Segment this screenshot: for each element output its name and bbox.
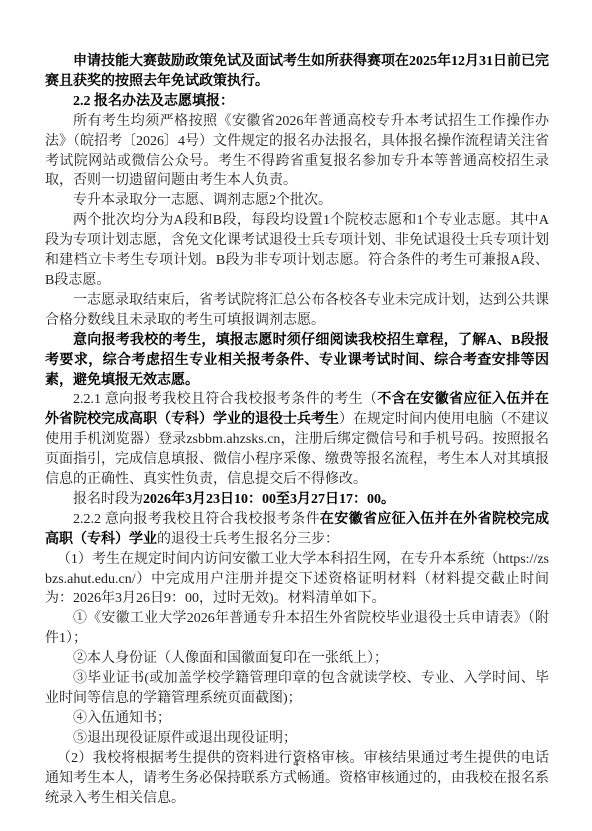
para-2-2-2-veteran-registration: 2.2.2 意向报考我校且符合我校报考条件在安徽省应征入伍并在外省院校完成高职（… [45, 510, 549, 550]
para-application-notice: 意向报考我校的考生，填报志愿时须仔细阅读我校招生章程，了解A、B段报考要求，综合… [45, 331, 549, 391]
list-item-1-application-form: ①《安徽工业大学2026年普通专升本招生外省院校毕业退役士兵申请表》（附件1）； [45, 609, 549, 649]
body-text: ④入伍通知书； [73, 711, 171, 726]
body-text: 2.2.1 意向报考我校且符合我校报考条件的考生（ [73, 392, 377, 407]
list-item-2-id-card: ②本人身份证（人像面和国徽面复印在一张纸上）； [45, 649, 549, 669]
para-2-2-1-online-registration: 2.2.1 意向报考我校且符合我校报考条件的考生（不含在安徽省应征入伍并在外省院… [45, 390, 549, 490]
para-batch-segments: 两个批次均分为A段和B段，每段均设置1个院校志愿和1个专业志愿。其中A段为专项计… [45, 211, 549, 291]
emphasis-text: 申请技能大赛鼓励政策免试及面试考生如所获得赛项在2025年12月31日前已完赛且… [45, 54, 549, 89]
body-text: 所有考生均须严格按照《安徽省2026年普通高校专升本考试招生工作操作办法》（皖招… [45, 114, 549, 189]
heading-section-2-2: 2.2 报名办法及志愿填报： [45, 92, 549, 112]
para-admission-batches: 专升本录取分一志愿、调剂志愿2个批次。 [45, 191, 549, 211]
document-content: 申请技能大赛鼓励政策免试及面试考生如所获得赛项在2025年12月31日前已完赛且… [45, 52, 549, 808]
body-text: ①《安徽工业大学2026年普通专升本招生外省院校毕业退役士兵申请表》（附件1）； [45, 611, 549, 646]
page-footer: 4 [0, 757, 592, 769]
body-text: ②本人身份证（人像面和国徽面复印在一张纸上）； [73, 651, 388, 666]
para-step-1: （1）考生在规定时间内访问安徽工业大学本科招生网，在专升本系统（https://… [45, 550, 549, 610]
body-text: ③毕业证书(或加盖学校学籍管理印章的包含就读学校、专业、入学时间、毕业时间等信息… [45, 671, 549, 706]
body-text: 报名时段为 [73, 492, 143, 507]
body-text: 两个批次均分为A段和B段，每段均设置1个院校志愿和1个专业志愿。其中A段为专项计… [45, 213, 549, 288]
list-item-5-discharge-certificate: ⑤退出现役证原件或退出现役证明； [45, 729, 549, 749]
body-text: 专升本录取分一志愿、调剂志愿2个批次。 [73, 193, 332, 208]
body-text: 的退役士兵考生报名分三步： [157, 532, 339, 547]
list-item-4-enlistment-notice: ④入伍通知书； [45, 709, 549, 729]
body-text: 2.2.2 意向报考我校且符合我校报考条件 [73, 512, 320, 527]
body-text: ⑤退出现役证原件或退出现役证明； [73, 731, 297, 746]
emphasis-text: 意向报考我校的考生，填报志愿时须仔细阅读我校招生章程，了解A、B段报考要求，综合… [45, 333, 549, 388]
para-adjustment-volunteer: 一志愿录取结束后，省考试院将汇总公布各校各专业未完成计划，达到公共课合格分数线且… [45, 291, 549, 331]
page-number: 4 [293, 757, 299, 769]
para-registration-rules: 所有考生均须严格按照《安徽省2026年普通高校专升本考试招生工作操作办法》（皖招… [45, 112, 549, 192]
body-text: （1）考生在规定时间内访问安徽工业大学本科招生网，在专升本系统（https://… [45, 552, 549, 607]
para-registration-period: 报名时段为2026年3月23日10：00至3月27日17：00。 [45, 490, 549, 510]
para-exemption-policy: 申请技能大赛鼓励政策免试及面试考生如所获得赛项在2025年12月31日前已完赛且… [45, 52, 549, 92]
emphasis-text: 2.2 报名办法及志愿填报： [73, 94, 234, 109]
list-item-3-diploma: ③毕业证书(或加盖学校学籍管理印章的包含就读学校、专业、入学时间、毕业时间等信息… [45, 669, 549, 709]
document-page: 申请技能大赛鼓励政策免试及面试考生如所获得赛项在2025年12月31日前已完赛且… [0, 0, 592, 831]
body-text: 一志愿录取结束后，省考试院将汇总公布各校各专业未完成计划，达到公共课合格分数线且… [45, 293, 549, 328]
emphasis-text: 2026年3月23日10：00至3月27日17：00。 [143, 492, 395, 507]
